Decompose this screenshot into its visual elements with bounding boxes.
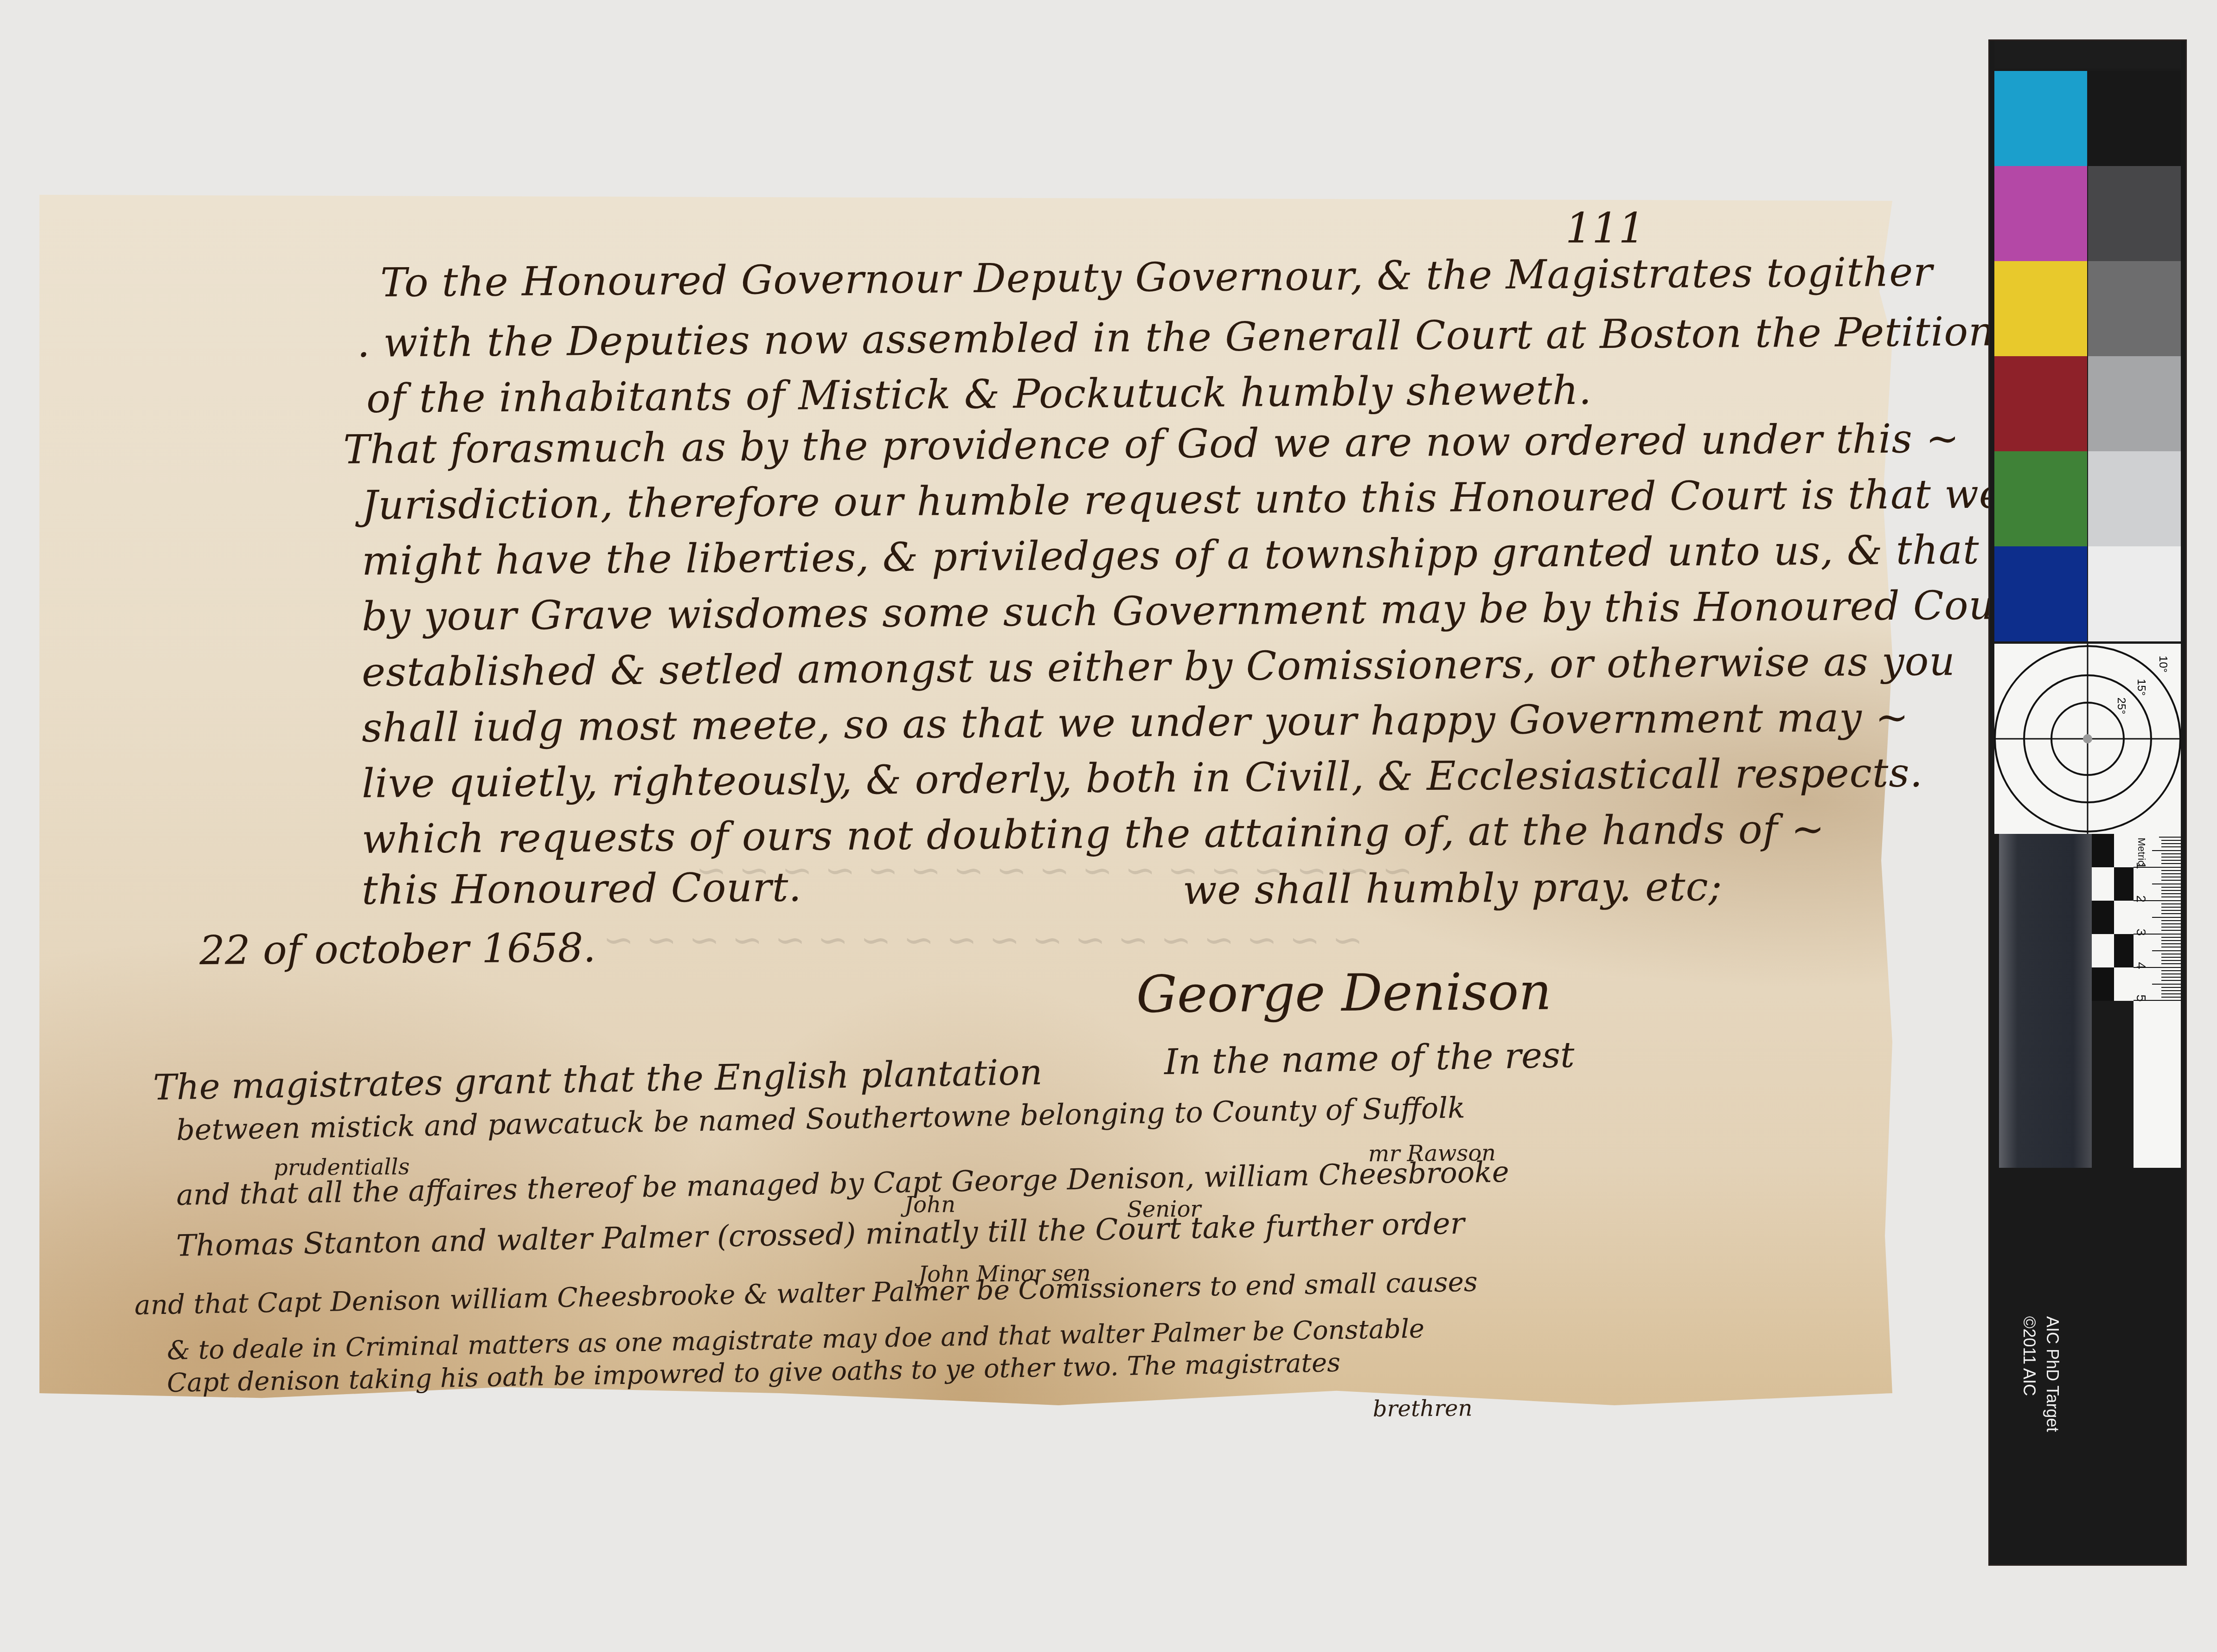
closing-formula: we shall humbly pray. etc; <box>1183 864 1723 914</box>
ruler-number: 4 <box>2134 962 2148 969</box>
swatch-blue <box>1994 546 2087 641</box>
swatch-gray-1 <box>2088 71 2181 166</box>
swatch-gray-2 <box>2088 166 2181 261</box>
swatch-gray-3 <box>2088 261 2181 356</box>
ruler-number: 1 <box>2134 862 2148 869</box>
swatch-gray-5 <box>2088 451 2181 546</box>
petition-line: of the inhabitants of Mistick & Pockutuc… <box>366 367 1592 422</box>
bullseye-label: 25° <box>2114 698 2127 714</box>
target-header <box>1994 41 2181 69</box>
signature: George Denison <box>1136 962 1552 1024</box>
interlinear-note: John <box>904 1191 955 1218</box>
swatch-cyan <box>1994 71 2087 166</box>
petition-line: this Honoured Court. <box>362 864 802 914</box>
ruler-number: 5 <box>2134 994 2148 1002</box>
interlinear-note: brethren <box>1373 1396 1473 1422</box>
ruler-ticks <box>2134 834 2181 1001</box>
neutral-gray-window <box>1999 834 2092 1168</box>
bullseye-target: 10° 15° 25° <box>1994 644 2181 834</box>
swatch-yellow <box>1994 261 2087 356</box>
bullseye-icon <box>1994 644 2181 834</box>
signature-note: In the name of the rest <box>1164 1034 1575 1082</box>
swatch-green <box>1994 451 2087 546</box>
bleed-through-text: ~ ~ ~ ~ ~ ~ ~ ~ ~ ~ ~ ~ ~ ~ ~ ~ ~ ~ <box>603 918 1363 961</box>
petition-date: 22 of october 1658. <box>199 925 596 974</box>
target-label-title: AIC PhD Target <box>2041 1316 2064 1432</box>
ruler-number: 2 <box>2134 895 2148 903</box>
swatch-red <box>1994 356 2087 451</box>
bullseye-label: 15° <box>2134 679 2147 696</box>
bullseye-label: 10° <box>2156 656 2169 672</box>
metric-ruler: Metric 1 2 3 4 5 <box>2134 834 2181 1168</box>
ruler-number: 3 <box>2134 928 2148 936</box>
folio-number: 111 <box>1565 204 1645 253</box>
swatch-gray-4 <box>2088 356 2181 451</box>
swatch-gray-6 <box>2088 546 2181 641</box>
swatch-magenta <box>1994 166 2087 261</box>
color-calibration-target: 10° 15° 25° Metric <box>1988 39 2187 1566</box>
target-label: AIC PhD Target ©2011 AIC <box>2018 1316 2064 1432</box>
target-label-copyright: ©2011 AIC <box>2018 1316 2041 1432</box>
metric-scale: Metric 1 2 3 4 5 <box>1994 834 2181 1168</box>
